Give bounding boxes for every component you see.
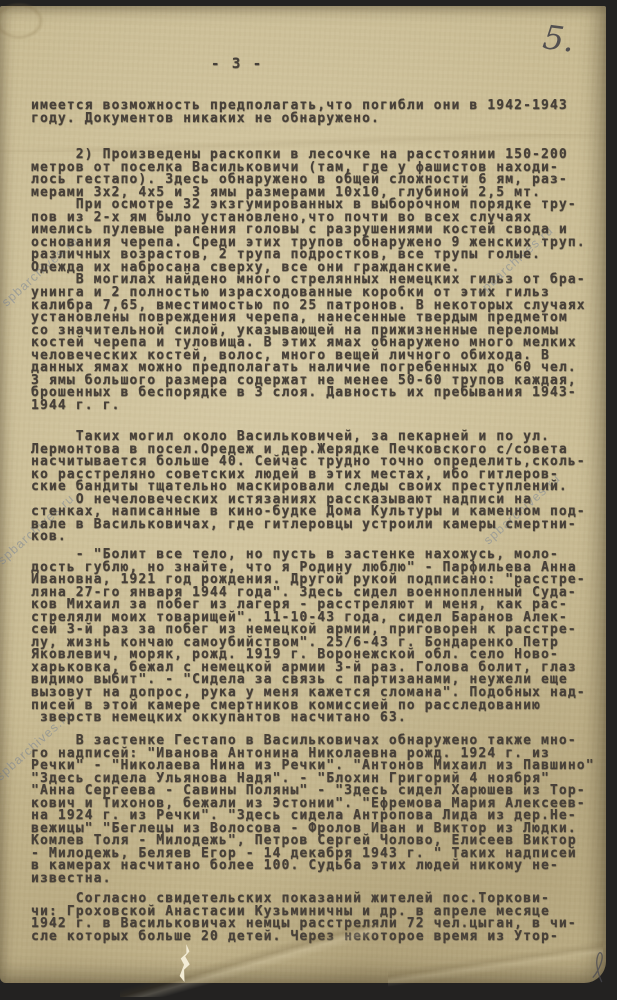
- paper-crease: [388, 936, 603, 988]
- handwritten-sheet-number: 5.: [541, 20, 576, 57]
- scan-background: spbarchives.ru spbarchives.ru spbarchive…: [0, 0, 617, 1000]
- document-content-layer: spbarchives.ru spbarchives.ru spbarchive…: [0, 0, 617, 1000]
- paragraph-graves-count: Таких могил около Васильковичей, за пека…: [31, 431, 609, 544]
- paragraph-gestapo-cell-inscriptions: В застенке Гестапо в Васильковичах обнар…: [31, 735, 609, 886]
- paragraph-conclusion-1942-1943: имеется возможность предполагать,что пог…: [31, 100, 609, 125]
- page-number: - 3 -: [211, 57, 263, 71]
- paragraph-excavations: 2) Произведены раскопки в лесочке на рас…: [31, 149, 609, 412]
- paper-crease: [120, 925, 380, 997]
- paragraph-wall-inscriptions: - "Болит все тело, но пусть в застенке н…: [31, 549, 609, 725]
